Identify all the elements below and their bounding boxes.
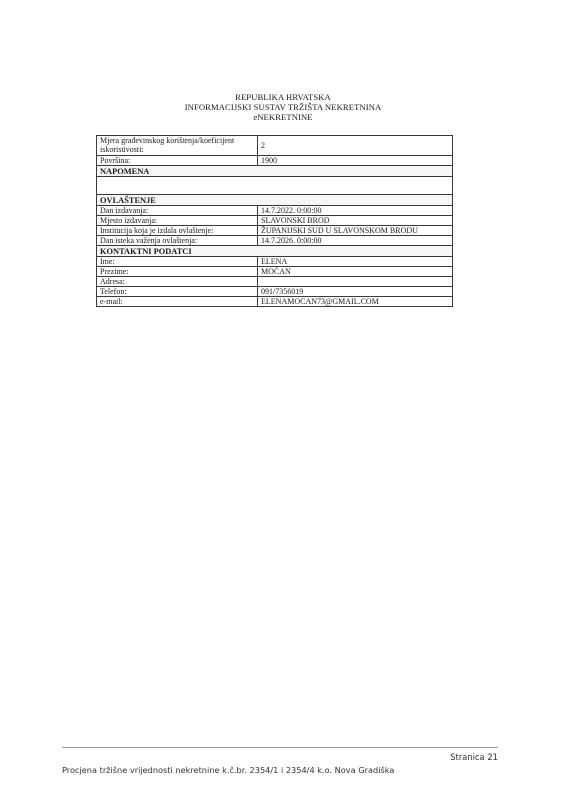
table-row: Prezime: MOĆAN <box>97 267 453 277</box>
issue-place-label: Mjesto izdavanja: <box>97 216 258 226</box>
table-row-note <box>97 177 453 195</box>
address-label: Adresa: <box>97 277 258 287</box>
table-row: Ime: ELENA <box>97 257 453 267</box>
table-row: Telefon: 091/7356019 <box>97 287 453 297</box>
table-row: Mjesto izdavanja: SLAVONSKI BROD <box>97 216 453 226</box>
document-header: REPUBLIKA HRVATSKA INFORMACIJSKI SUSTAV … <box>0 92 566 122</box>
last-name-label: Prezime: <box>97 267 258 277</box>
authorization-section-title: OVLAŠTENJE <box>97 195 453 206</box>
issuing-institution-label: Institucija koja je izdala ovlaštenje: <box>97 226 258 236</box>
header-system-name: INFORMACIJSKI SUSTAV TRŽIŠTA NEKRETNINA <box>0 102 566 112</box>
first-name-label: Ime: <box>97 257 258 267</box>
header-country: REPUBLIKA HRVATSKA <box>0 92 566 102</box>
section-header-authorization: OVLAŠTENJE <box>97 195 453 206</box>
table-row: Institucija koja je izdala ovlaštenje: Ž… <box>97 226 453 236</box>
table-row-area: Površina: 1900 <box>97 156 453 166</box>
last-name-value: MOĆAN <box>258 267 453 277</box>
table-row: Adresa: <box>97 277 453 287</box>
header-app-name: eNEKRETNINE <box>0 112 566 122</box>
area-label: Površina: <box>97 156 258 166</box>
issue-date-label: Dan izdavanja: <box>97 206 258 216</box>
section-header-note: NAPOMENA <box>97 166 453 177</box>
area-value: 1900 <box>258 156 453 166</box>
footer-document-title: Procjena tržišne vrijednosti nekretnine … <box>62 765 394 775</box>
property-info-table: Mjera građevinskog korištenja/koeficijen… <box>96 135 453 307</box>
first-name-value: ELENA <box>258 257 453 267</box>
page-number: Stranica 21 <box>440 752 498 762</box>
table-row: Dan izdavanja: 14.7.2022. 0:00:00 <box>97 206 453 216</box>
table-row-coefficient: Mjera građevinskog korištenja/koeficijen… <box>97 136 453 156</box>
phone-value: 091/7356019 <box>258 287 453 297</box>
expiry-date-value: 14.7.2026. 0:00:00 <box>258 236 453 246</box>
issuing-institution-value: ŽUPANIJSKI SUD U SLAVONSKOM BRODU <box>258 226 453 236</box>
table-row: e-mail: ELENAMOCAN73@GMAIL.COM <box>97 297 453 307</box>
address-value <box>258 277 453 287</box>
coefficient-value: 2 <box>258 136 453 156</box>
footer-divider <box>62 747 498 748</box>
section-header-contact: KONTAKTNI PODATCI <box>97 246 453 257</box>
note-value <box>97 177 453 195</box>
issue-place-value: SLAVONSKI BROD <box>258 216 453 226</box>
table-row: Dan isteka važenja ovlaštenja: 14.7.2026… <box>97 236 453 246</box>
note-section-title: NAPOMENA <box>97 166 453 177</box>
coefficient-label: Mjera građevinskog korištenja/koeficijen… <box>97 136 258 156</box>
contact-section-title: KONTAKTNI PODATCI <box>97 246 453 257</box>
email-value: ELENAMOCAN73@GMAIL.COM <box>258 297 453 307</box>
phone-label: Telefon: <box>97 287 258 297</box>
email-label: e-mail: <box>97 297 258 307</box>
expiry-date-label: Dan isteka važenja ovlaštenja: <box>97 236 258 246</box>
issue-date-value: 14.7.2022. 0:00:00 <box>258 206 453 216</box>
